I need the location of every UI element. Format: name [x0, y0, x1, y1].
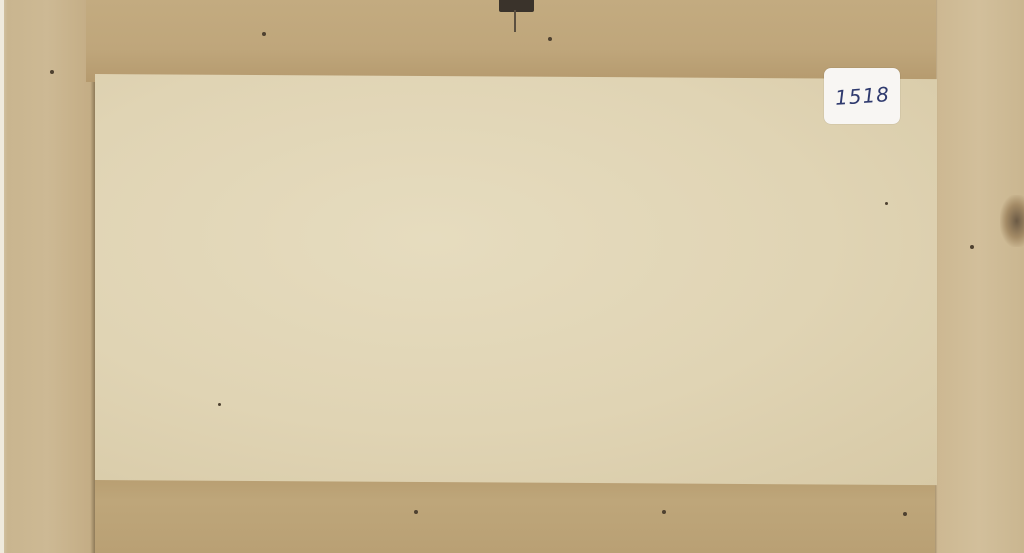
frame-back-photo: 1518: [0, 0, 1024, 553]
hanger-wire: [514, 10, 516, 32]
nail-icon: [548, 37, 552, 41]
nail-icon: [662, 510, 666, 514]
frame-damage: [1000, 195, 1024, 247]
nail-icon: [414, 510, 418, 514]
inventory-number: 1518: [834, 82, 890, 110]
nail-icon: [50, 70, 54, 74]
hanger-icon: [499, 0, 534, 12]
frame-right-side: [934, 0, 1024, 553]
speck-icon: [885, 202, 888, 205]
frame-left-side: [0, 0, 95, 553]
nail-icon: [970, 245, 974, 249]
frame-left-edge: [0, 0, 4, 553]
inventory-label: 1518: [824, 68, 900, 124]
paper-backing: [95, 74, 937, 485]
nail-icon: [262, 32, 266, 36]
backing-tape-top: [86, 0, 936, 82]
nail-icon: [903, 512, 907, 516]
speck-icon: [218, 403, 221, 406]
